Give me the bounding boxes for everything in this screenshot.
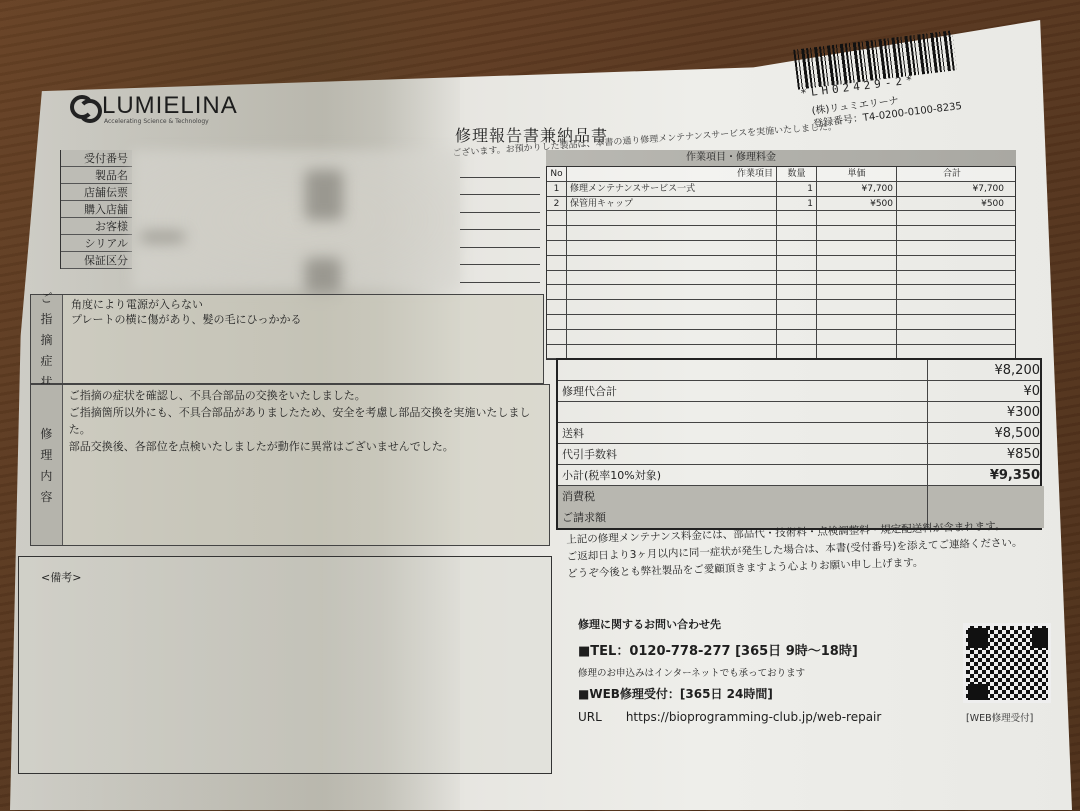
internet-note: 修理のお申込みはインターネットでも承っております [578, 665, 881, 679]
cell-total [897, 285, 1007, 299]
cell-item [567, 345, 777, 359]
totals-row: ¥8,200 [558, 360, 1040, 381]
cell-no [547, 300, 567, 314]
totals-label: 送料 [558, 423, 928, 444]
info-label-serial: シリアル [61, 235, 132, 252]
table-row [547, 285, 1015, 300]
table-row [547, 241, 1015, 256]
cell-unit-price [817, 330, 897, 344]
cell-item [567, 300, 777, 314]
redacted-info-values [132, 150, 462, 290]
totals-label: 消費税 [558, 486, 928, 507]
cell-total [897, 241, 1007, 255]
repair-details-label: 修 理 内 容 [31, 385, 63, 545]
cell-no: 1 [547, 182, 567, 196]
brand-logo: LUMIELINA Accelerating Science & Technol… [70, 92, 238, 120]
totals-label: 修理代合計 [558, 381, 928, 402]
cell-no [547, 315, 567, 329]
cell-no [547, 211, 567, 225]
table-row [547, 300, 1015, 315]
info-label-customer: お客様 [61, 218, 132, 235]
cell-unit-price [817, 285, 897, 299]
remarks-box: <備考> [18, 556, 552, 774]
table-row: 2保管用キャップ1¥500¥500 [547, 197, 1015, 212]
table-row [547, 271, 1015, 286]
totals-row: 修理代合計¥0 [558, 381, 1040, 402]
work-table-header: No 作業項目 数量 単価 合計 [547, 167, 1015, 182]
work-items-table: 作業項目・修理料金 No 作業項目 数量 単価 合計 1修理メンテナンスサービス… [546, 150, 1016, 360]
totals-table: ¥8,200修理代合計¥0¥300送料¥8,500代引手数料¥850小計(税率1… [556, 358, 1042, 530]
info-label-warranty: 保証区分 [61, 252, 132, 269]
cell-item [567, 226, 777, 240]
cell-qty [777, 256, 817, 270]
info-label-purchase-store: 購入店舗 [61, 201, 132, 218]
cell-unit-price [817, 300, 897, 314]
cell-no [547, 345, 567, 359]
cell-qty [777, 226, 817, 240]
cell-total: ¥7,700 [897, 182, 1007, 196]
cell-total: ¥500 [897, 197, 1007, 211]
totals-row: 消費税 [558, 486, 1040, 507]
cell-unit-price [817, 271, 897, 285]
repair-url: URL https://bioprogramming-club.jp/web-r… [578, 710, 881, 724]
cell-qty [777, 330, 817, 344]
info-label-store-slip: 店舗伝票 [61, 184, 132, 201]
redaction-blur [140, 232, 185, 242]
cell-item [567, 256, 777, 270]
totals-amount: ¥0 [928, 381, 1044, 402]
cell-total [897, 345, 1007, 359]
cell-qty [777, 345, 817, 359]
contact-heading: 修理に関するお問い合わせ先 [578, 616, 881, 632]
cell-item [567, 271, 777, 285]
cell-qty [777, 300, 817, 314]
cell-no [547, 241, 567, 255]
cell-no: 2 [547, 197, 567, 211]
table-row [547, 315, 1015, 330]
totals-amount [928, 486, 1044, 507]
cell-unit-price [817, 241, 897, 255]
table-row [547, 226, 1015, 241]
totals-amount: ¥850 [928, 444, 1044, 465]
cell-unit-price: ¥7,700 [817, 182, 897, 196]
symptom-label: ご 指 摘 症 状 [31, 295, 63, 383]
totals-amount: ¥9,350 [928, 465, 1044, 486]
qr-label: [WEB修理受付] [966, 710, 1033, 724]
totals-label: 代引手数料 [558, 444, 928, 465]
redaction-blur [305, 258, 341, 294]
cell-item: 保管用キャップ [567, 197, 777, 211]
web-reception: ■WEB修理受付：[365日 24時間] [578, 685, 881, 702]
cell-qty [777, 241, 817, 255]
cell-total [897, 211, 1007, 225]
info-continuation-lines [460, 160, 540, 283]
totals-label [558, 360, 928, 381]
customer-info-table: 受付番号 製品名 店舗伝票 購入店舗 お客様 シリアル 保証区分 [60, 150, 132, 269]
cell-qty [777, 285, 817, 299]
cell-qty [777, 211, 817, 225]
cell-qty [777, 315, 817, 329]
cell-item [567, 285, 777, 299]
cell-no [547, 271, 567, 285]
cell-item: 修理メンテナンスサービス一式 [567, 182, 777, 196]
cell-no [547, 256, 567, 270]
url-link[interactable]: https://bioprogramming-club.jp/web-repai… [626, 710, 882, 724]
info-label-reception-no: 受付番号 [61, 150, 132, 167]
cell-item [567, 330, 777, 344]
cell-unit-price [817, 345, 897, 359]
cell-total [897, 330, 1007, 344]
table-row: 1修理メンテナンスサービス一式1¥7,700¥7,700 [547, 182, 1015, 197]
cell-unit-price [817, 315, 897, 329]
cell-item [567, 315, 777, 329]
table-row [547, 211, 1015, 226]
cell-qty [777, 271, 817, 285]
cell-unit-price [817, 211, 897, 225]
cell-total [897, 315, 1007, 329]
cell-item [567, 211, 777, 225]
repair-details-section: 修 理 内 容 ご指摘の症状を確認し、不具合部品の交換をいたしました。 ご指摘箇… [30, 384, 550, 546]
repair-details-text: ご指摘の症状を確認し、不具合部品の交換をいたしました。 ご指摘箇所以外にも、不具… [63, 385, 549, 545]
remarks-label: <備考> [41, 569, 81, 585]
qr-code-icon [963, 623, 1051, 703]
swirl-logo-icon [70, 93, 96, 119]
totals-row: 代引手数料¥850 [558, 444, 1040, 465]
totals-amount: ¥300 [928, 402, 1044, 423]
totals-amount: ¥8,200 [928, 360, 1044, 381]
totals-row: ¥300 [558, 402, 1040, 423]
contact-info: 修理に関するお問い合わせ先 ■TEL：0120-778-277 [365日 9時… [578, 616, 881, 724]
cell-total [897, 256, 1007, 270]
cell-item [567, 241, 777, 255]
cell-unit-price [817, 226, 897, 240]
totals-amount: ¥8,500 [928, 423, 1044, 444]
work-table-title: 作業項目・修理料金 [546, 150, 1016, 166]
totals-label: 小計(税率10%対象) [558, 465, 928, 486]
table-row [547, 330, 1015, 345]
cell-total [897, 271, 1007, 285]
table-row [547, 256, 1015, 271]
info-label-product: 製品名 [61, 167, 132, 184]
brand-name: LUMIELINA [102, 92, 238, 120]
cell-unit-price: ¥500 [817, 197, 897, 211]
totals-label [558, 402, 928, 423]
cell-unit-price [817, 256, 897, 270]
url-label: URL [578, 710, 602, 724]
symptom-text: 角度により電源が入らない プレートの横に傷があり、髪の毛にひっかかる [63, 295, 302, 383]
cell-total [897, 300, 1007, 314]
cell-qty: 1 [777, 182, 817, 196]
brand-tagline: Accelerating Science & Technology [104, 118, 209, 125]
symptom-section: ご 指 摘 症 状 角度により電源が入らない プレートの横に傷があり、髪の毛にひ… [30, 294, 544, 384]
cell-qty: 1 [777, 197, 817, 211]
cell-no [547, 226, 567, 240]
redaction-blur [305, 170, 343, 220]
contact-tel: ■TEL：0120-778-277 [365日 9時～18時] [578, 640, 881, 659]
cell-no [547, 285, 567, 299]
cell-total [897, 226, 1007, 240]
cell-no [547, 330, 567, 344]
totals-row: 送料¥8,500 [558, 423, 1040, 444]
totals-row: 小計(税率10%対象)¥9,350 [558, 465, 1040, 486]
